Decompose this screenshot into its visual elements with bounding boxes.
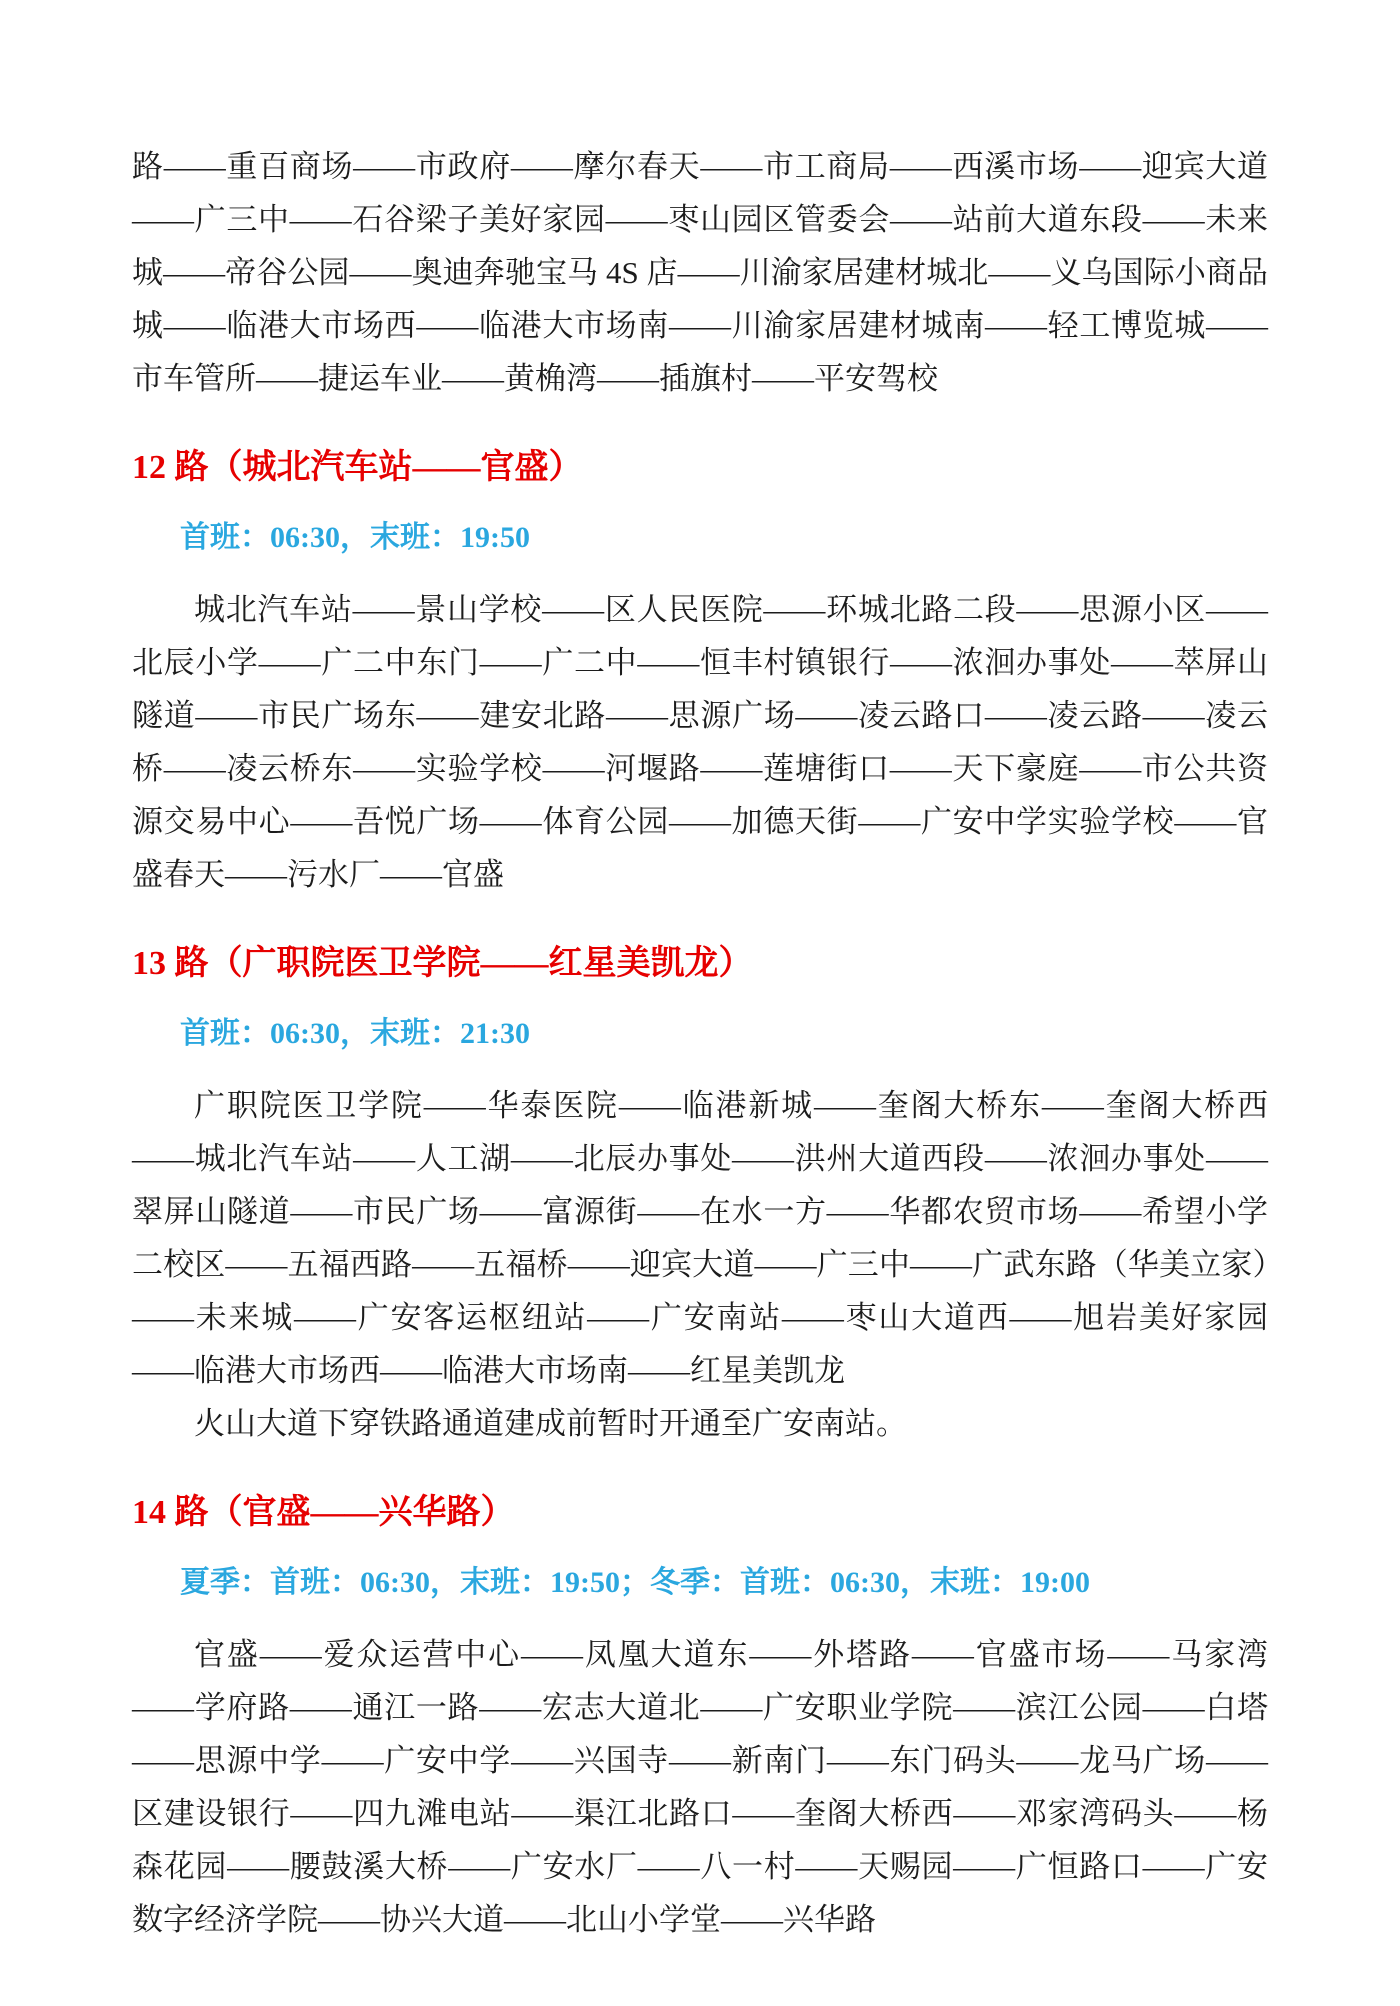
route-12-schedule: 首班：06:30，末班：19:50	[132, 517, 1268, 559]
route-14-stops: 官盛——爱众运营中心——凤凰大道东——外塔路——官盛市场——马家湾——学府路——…	[132, 1628, 1268, 1946]
route-13-note: 火山大道下穿铁路通道建成前暂时开通至广安南站。	[132, 1397, 1268, 1450]
route-12-heading: 12 路（城北汽车站——官盛）	[132, 445, 1268, 491]
route-14-heading: 14 路（官盛——兴华路）	[132, 1490, 1268, 1536]
route-13-stops: 广职院医卫学院——华泰医院——临港新城——奎阁大桥东——奎阁大桥西——城北汽车站…	[132, 1079, 1268, 1397]
route-13-schedule: 首班：06:30，末班：21:30	[132, 1013, 1268, 1055]
route-12-stops: 城北汽车站——景山学校——区人民医院——环城北路二段——思源小区——北辰小学——…	[132, 583, 1268, 901]
route-14-schedule: 夏季：首班：06:30，末班：19:50；冬季：首班：06:30，末班：19:0…	[132, 1562, 1268, 1604]
bus-routes-document-page: 路——重百商场——市政府——摩尔春天——市工商局——西溪市场——迎宾大道——广三…	[0, 0, 1400, 2006]
route-13-heading: 13 路（广职院医卫学院——红星美凯龙）	[132, 941, 1268, 987]
previous-route-stops-continuation: 路——重百商场——市政府——摩尔春天——市工商局——西溪市场——迎宾大道——广三…	[132, 140, 1268, 405]
